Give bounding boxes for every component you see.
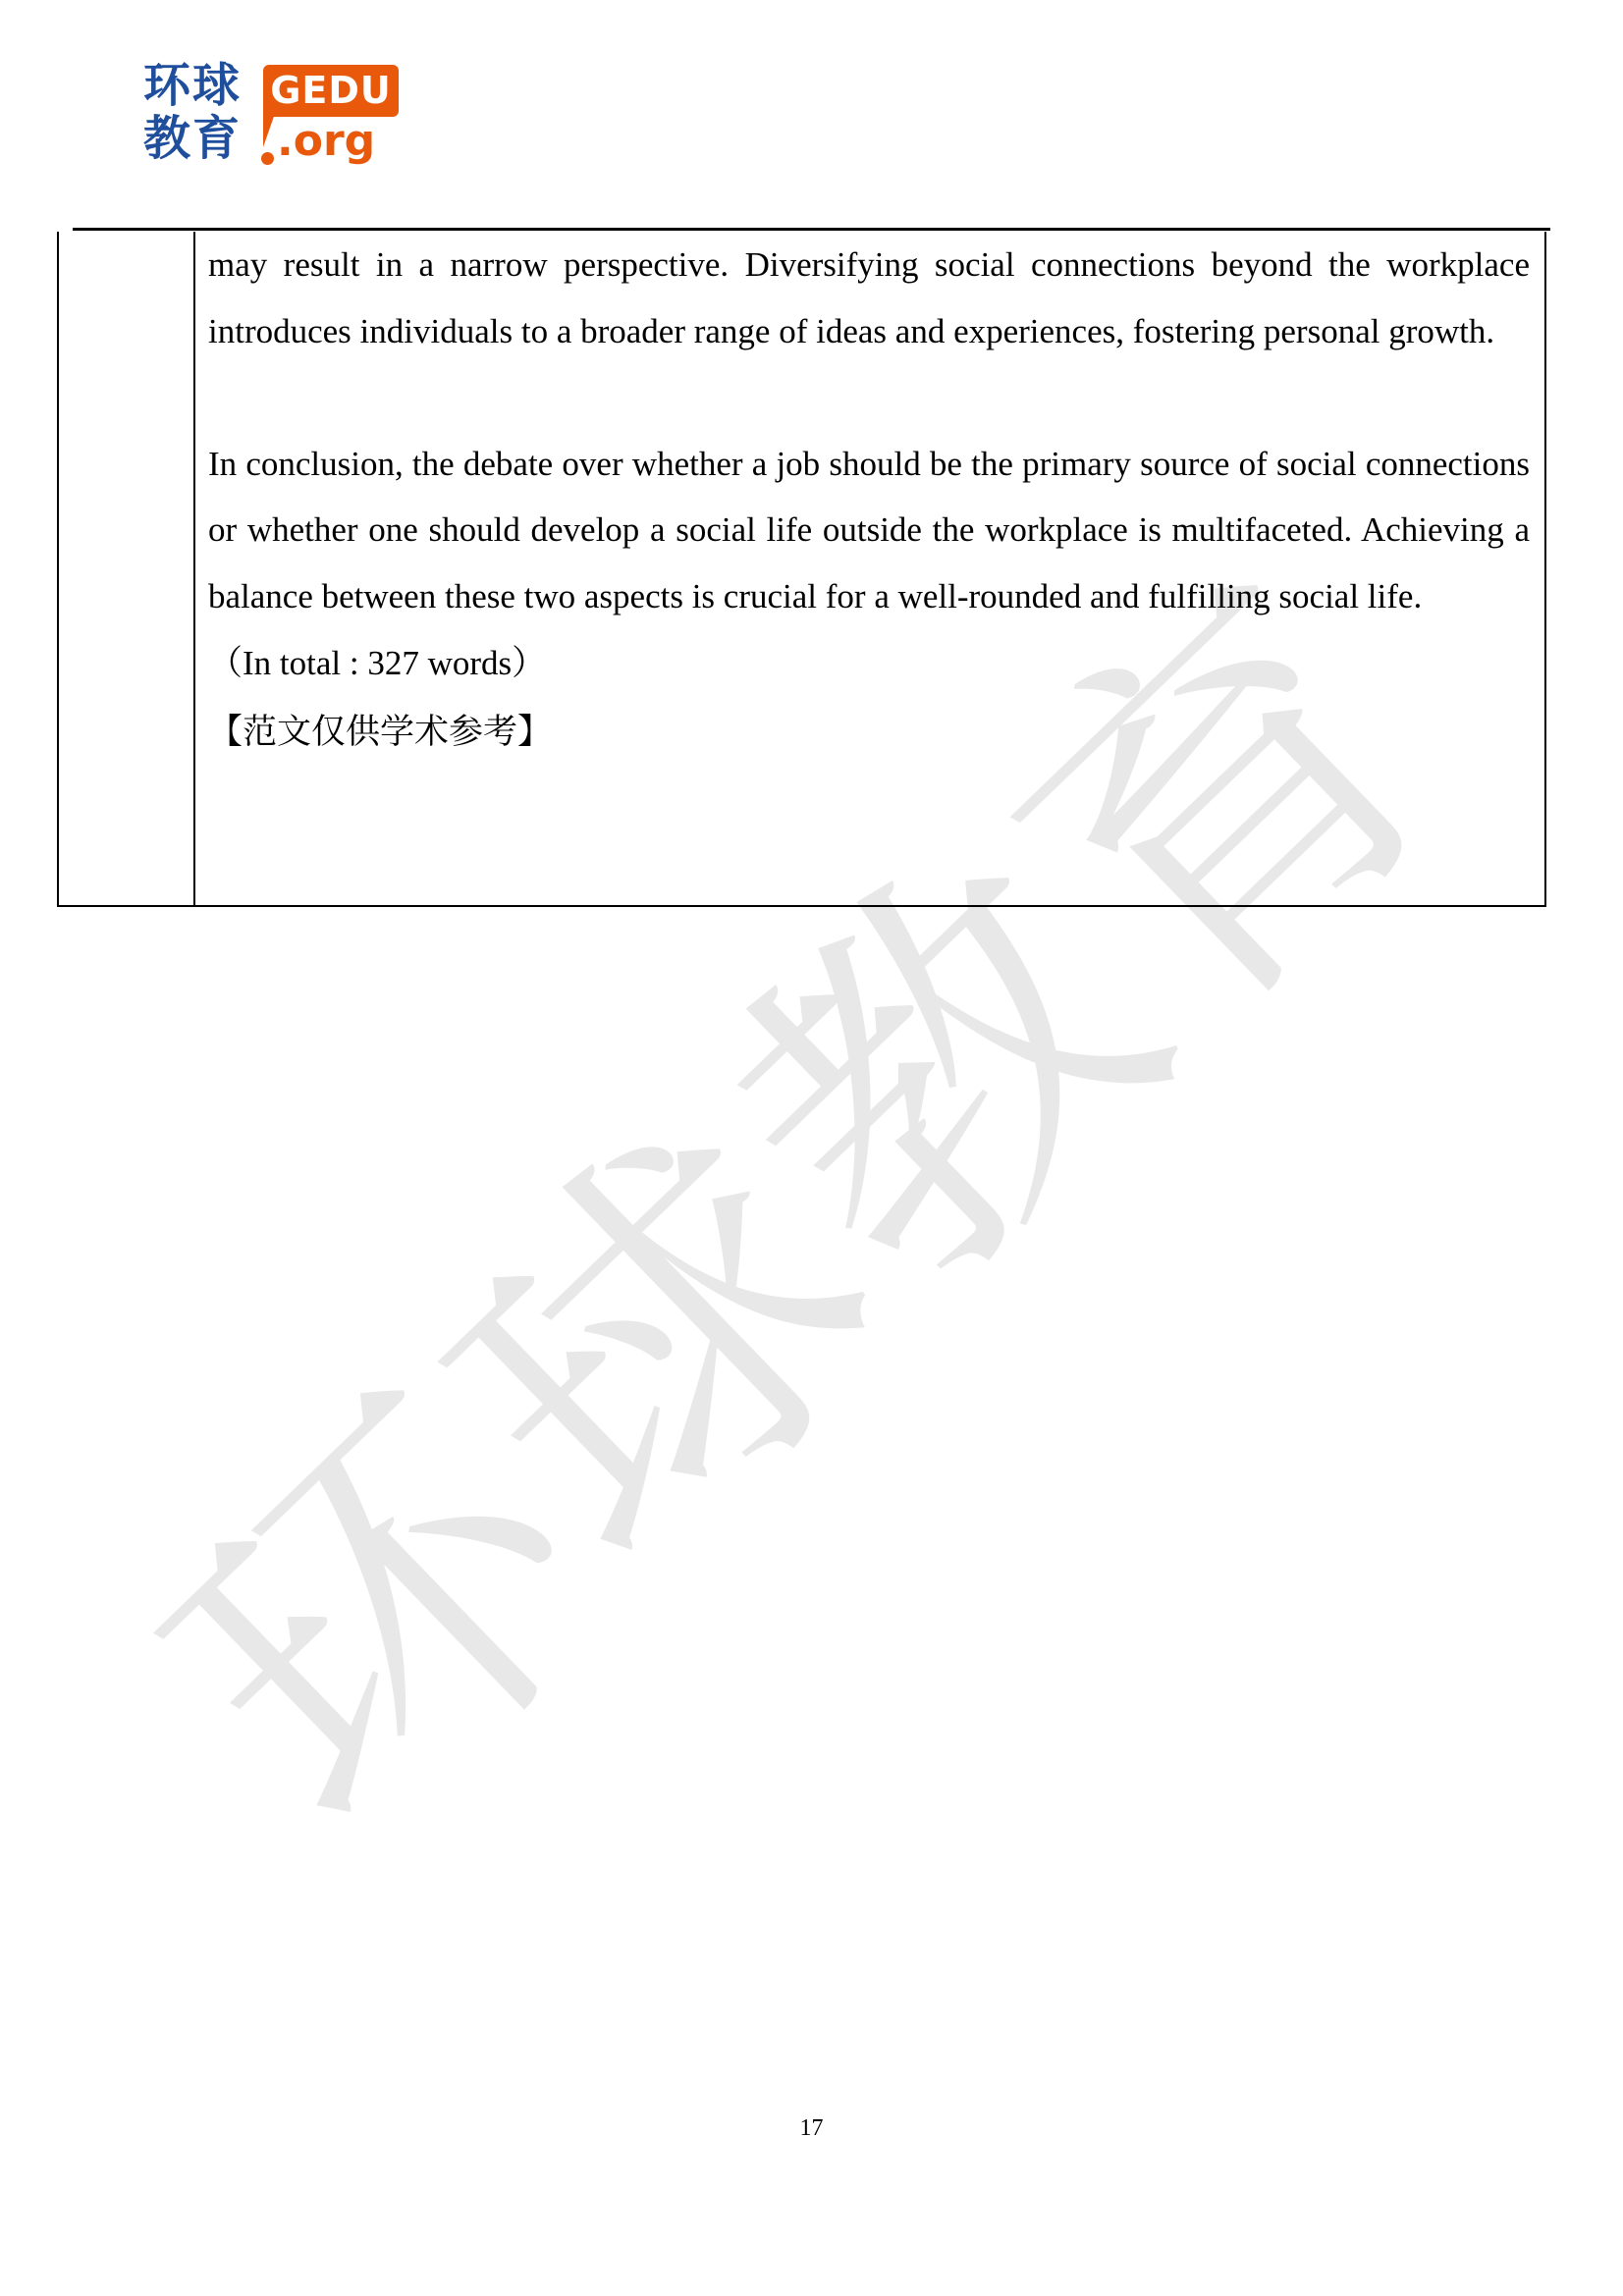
logo-dot-icon (261, 152, 274, 165)
table-content-cell: may result in a narrow perspective. Dive… (208, 232, 1530, 905)
logo-brand-box: GEDU (263, 65, 399, 117)
logo-domain-text: .org (277, 116, 375, 167)
logo-cn-line1: 环球 (143, 59, 259, 112)
word-count: （In total : 327 words） (208, 629, 1530, 698)
academic-disclaimer: 【范文仅供学术参考】 (208, 698, 1530, 767)
table-left-column (59, 232, 195, 905)
table-top-rule (73, 228, 1550, 231)
page-number: 17 (0, 2115, 1623, 2142)
gedu-logo: 环球 教育 GEDU .org (143, 59, 404, 172)
logo-chinese-text: 环球 教育 (143, 59, 259, 165)
body-paragraph: may result in a narrow perspective. Dive… (208, 232, 1530, 364)
conclusion-paragraph: In conclusion, the debate over whether a… (208, 431, 1530, 630)
paragraph-spacer (208, 364, 1530, 431)
essay-table: may result in a narrow perspective. Dive… (57, 232, 1546, 907)
logo-cn-line2: 教育 (143, 112, 259, 165)
